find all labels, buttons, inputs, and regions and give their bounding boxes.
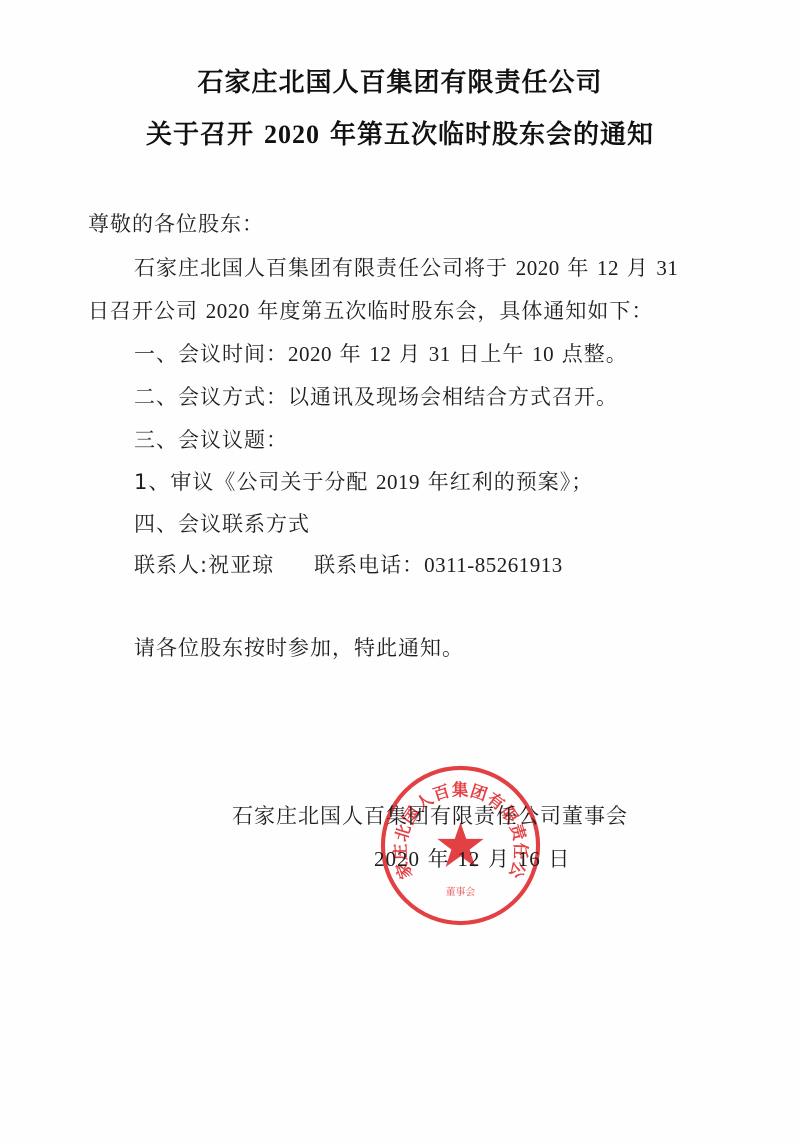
signature-org: 石家庄北国人百集团有限责任公司董事会 <box>232 800 628 830</box>
item-text: 月 <box>391 342 428 366</box>
date-text: 年 <box>420 847 457 871</box>
intro-day: 31 <box>656 256 678 280</box>
contact-phone-label: 联系电话： <box>314 553 424 577</box>
title-company-text: 石家庄北国人百集团有限责任公司 <box>197 68 602 98</box>
agenda-year: 2019 <box>376 470 420 494</box>
meeting-month: 12 <box>369 342 391 366</box>
title-company: 石家庄北国人百集团有限责任公司 <box>0 62 800 99</box>
title-notice-prefix: 关于召开 <box>146 120 264 150</box>
agenda-item-1: 1、审议《公司关于分配 2019 年红利的预案》； <box>134 466 593 496</box>
title-notice-year: 2020 <box>264 120 320 149</box>
agenda-text: 年红利的预案》； <box>420 470 593 494</box>
intro-line-1: 石家庄北国人百集团有限责任公司将于 2020 年 12 月 31 <box>134 252 678 282</box>
item-text: 二、会议方式：以通讯及现场会相结合方式召开。 <box>134 385 618 409</box>
intro-text: 日召开公司 <box>88 299 206 323</box>
intro-text: 月 <box>619 256 656 280</box>
signature-month: 12 <box>457 847 480 871</box>
date-text: 月 <box>480 847 517 871</box>
contact-line: 联系人:祝亚琼联系电话：0311-85261913 <box>134 549 563 579</box>
agenda-text: 1、审议《公司关于分配 <box>134 470 376 494</box>
intro-year: 2020 <box>516 256 560 280</box>
item-agenda-heading: 三、会议议题： <box>134 424 288 454</box>
closing: 请各位股东按时参加，特此通知。 <box>134 632 464 662</box>
item-text: 点整。 <box>554 342 628 366</box>
meeting-day: 31 <box>429 342 451 366</box>
meeting-year: 2020 <box>288 342 332 366</box>
document-page: 石家庄北国人百集团有限责任公司 关于召开 2020 年第五次临时股东会的通知 尊… <box>0 0 800 1146</box>
signature-date: 2020 年 12 月 16 日 <box>374 843 570 873</box>
item-text: 四、会议联系方式 <box>134 512 310 536</box>
closing-text: 请各位股东按时参加，特此通知。 <box>134 636 464 660</box>
intro-year: 2020 <box>206 299 250 323</box>
intro-line-2: 日召开公司 2020 年度第五次临时股东会，具体通知如下： <box>88 295 653 325</box>
item-text: 年 <box>332 342 369 366</box>
title-notice-suffix: 年第五次临时股东会的通知 <box>320 120 654 150</box>
meeting-hour: 10 <box>532 342 554 366</box>
seal-subtext: 董事会 <box>446 885 476 898</box>
item-meeting-time: 一、会议时间：2020 年 12 月 31 日上午 10 点整。 <box>134 338 628 368</box>
signature-org-text: 石家庄北国人百集团有限责任公司董事会 <box>232 804 628 828</box>
intro-text: 石家庄北国人百集团有限责任公司将于 <box>134 256 516 280</box>
item-contact-heading: 四、会议联系方式 <box>134 508 310 538</box>
signature-year: 2020 <box>374 847 420 871</box>
intro-text: 年度第五次临时股东会，具体通知如下： <box>250 299 654 323</box>
item-text: 三、会议议题： <box>134 428 288 452</box>
item-label: 一、会议时间： <box>134 342 288 366</box>
contact-person-name: 祝亚琼 <box>208 553 274 577</box>
contact-person-label: 联系人: <box>134 553 208 577</box>
intro-month: 12 <box>597 256 619 280</box>
intro-text: 年 <box>560 256 597 280</box>
title-notice: 关于召开 2020 年第五次临时股东会的通知 <box>0 114 800 151</box>
contact-phone: 0311-85261913 <box>424 553 563 577</box>
signature-day: 16 <box>518 847 541 871</box>
salutation: 尊敬的各位股东： <box>88 208 264 238</box>
item-text: 日上午 <box>451 342 532 366</box>
salutation-text: 尊敬的各位股东： <box>88 212 264 236</box>
item-meeting-method: 二、会议方式：以通讯及现场会相结合方式召开。 <box>134 381 618 411</box>
date-text: 日 <box>541 847 571 871</box>
